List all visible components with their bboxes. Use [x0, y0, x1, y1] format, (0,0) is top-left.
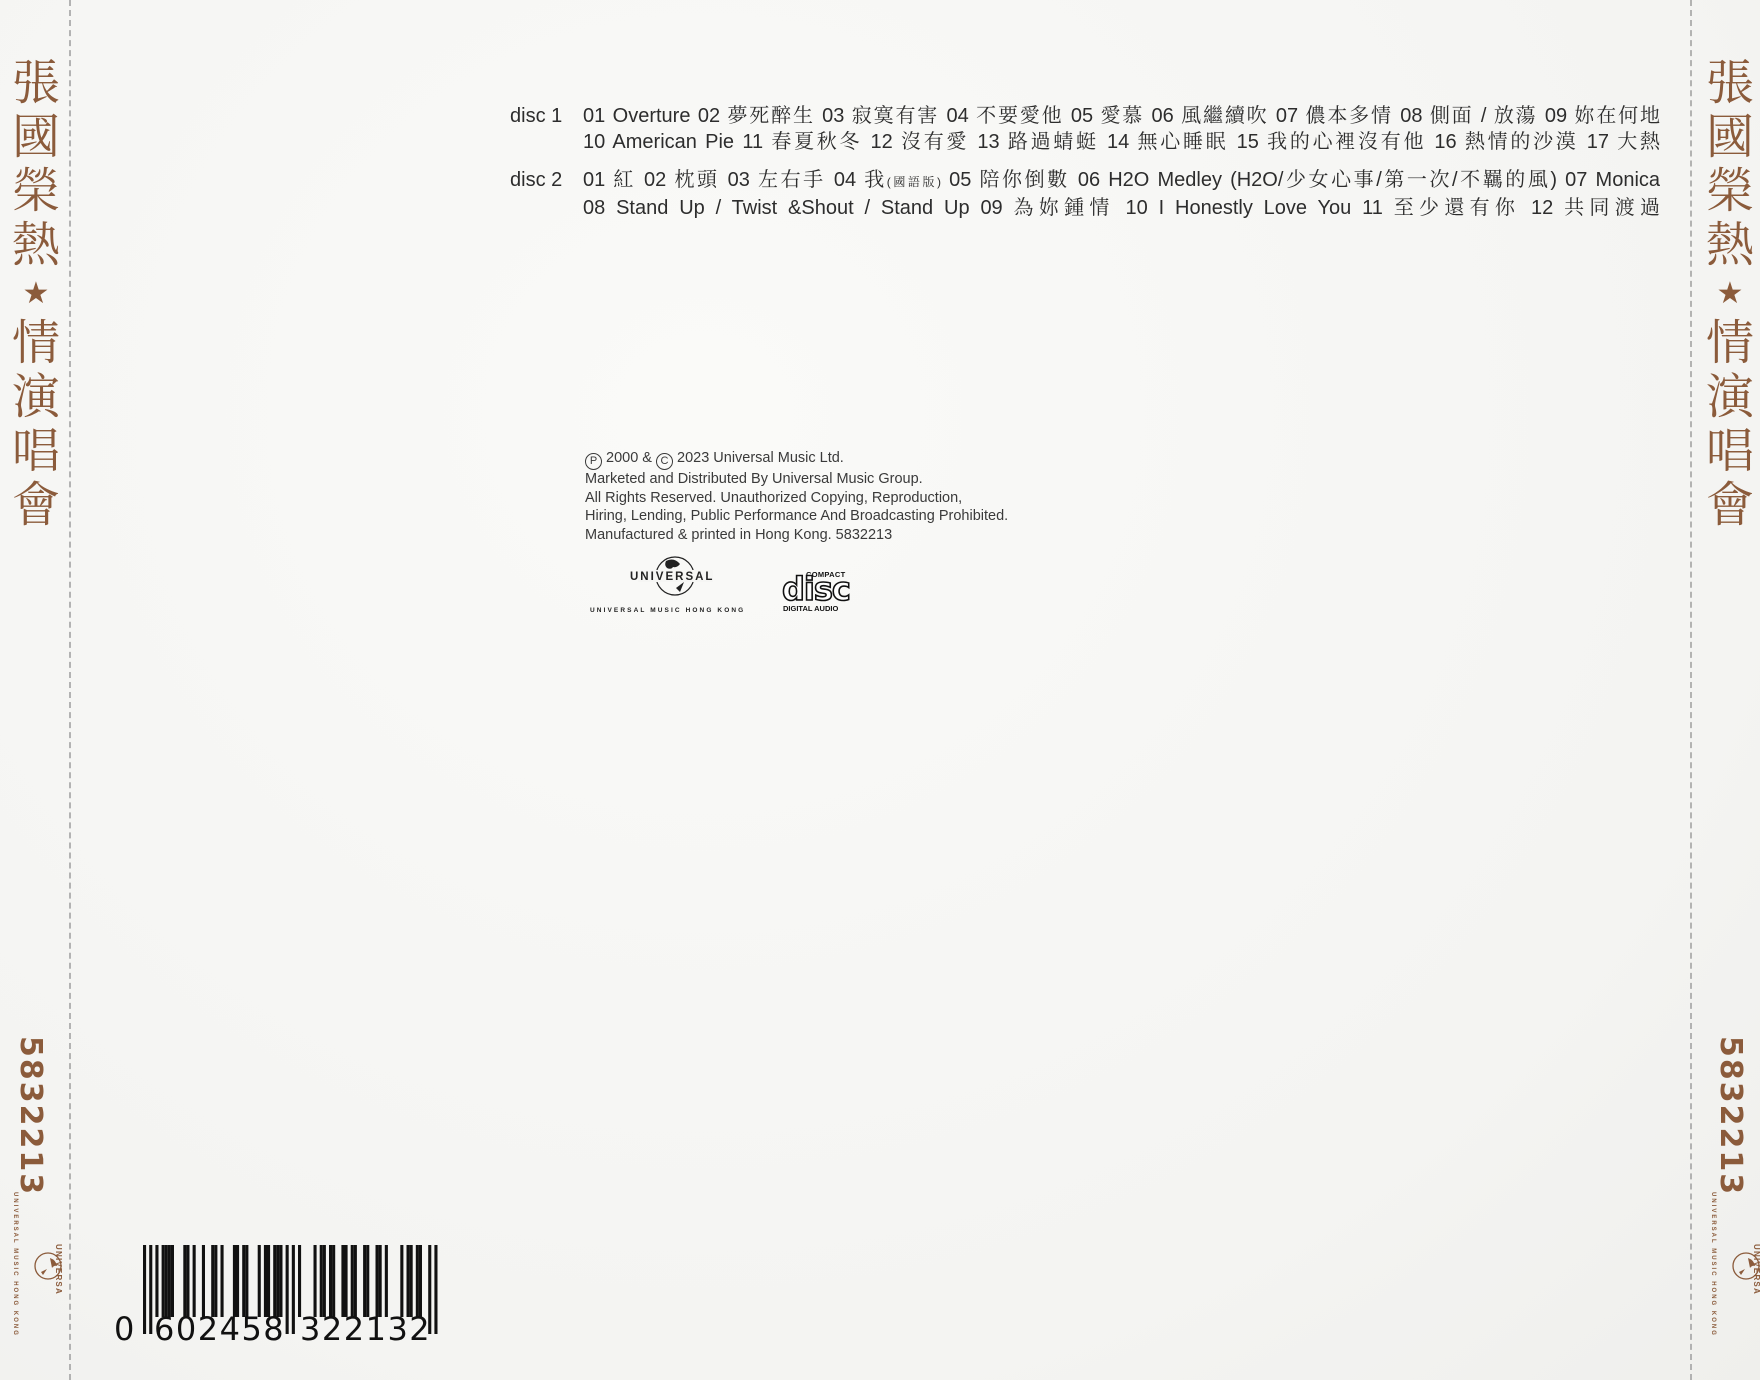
spine-title-char: 張 [12, 56, 60, 110]
disc-2-tracklist: disc 2 01 紅 02 枕頭 03 左右手 04 我(國語版) 05 陪你… [510, 168, 1660, 221]
spine-title-char: 情 [1706, 316, 1754, 370]
right-spine-fold-line [1690, 0, 1692, 1380]
disc-2-line-1: 01 紅 02 枕頭 03 左右手 04 我(國語版) 05 陪你倒數 06 H… [583, 168, 1660, 196]
left-spine-catalog-number: 5832213 [14, 1036, 48, 1166]
copyright-line-3: All Rights Reserved. Unauthorized Copyin… [585, 489, 1008, 508]
spine-title-char: 國 [1706, 110, 1754, 164]
disc-1-line-1: 01 Overture 02 夢死醉生 03 寂寞有害 04 不要愛他 05 愛… [583, 104, 1660, 130]
right-spine-universal-logo: UNIVERSAL MUSIC HONG KONG UNIVERSAL [1706, 1192, 1760, 1322]
spine-title-char: 唱 [1706, 424, 1754, 478]
disc-1-tracklist: disc 1 01 Overture 02 夢死醉生 03 寂寞有害 04 不要… [510, 104, 1660, 155]
copyright-line-1: P2000 & C2023 Universal Music Ltd. [585, 449, 1008, 470]
star-icon: ★ [1717, 272, 1744, 316]
universal-music-logo: UNIVERSAL UNIVERSAL MUSIC HONG KONG [588, 554, 758, 618]
spine-title-char: 榮 [12, 164, 60, 218]
right-spine-catalog-number: 5832213 [1714, 1036, 1748, 1166]
copyright-notice: P2000 & C2023 Universal Music Ltd. Marke… [585, 449, 1008, 544]
copyright-line-4: Hiring, Lending, Public Performance And … [585, 507, 1008, 526]
spine-title-char: 會 [12, 478, 60, 532]
spine-title-char: 唱 [12, 424, 60, 478]
right-spine-title: 張國榮熱★情演唱會 [1700, 56, 1760, 532]
disc-1-line-2: 10 American Pie 11 春夏秋冬 12 沒有愛 13 路過蜻蜓 1… [583, 130, 1660, 156]
disc-2-line-2: 08 Stand Up / Twist &Shout / Stand Up 09… [583, 196, 1660, 222]
spine-title-char: 國 [12, 110, 60, 164]
spine-title-char: 會 [1706, 478, 1754, 532]
svg-text:UNIVERSAL: UNIVERSAL [1752, 1244, 1760, 1294]
universal-music-hong-kong-text: UNIVERSAL MUSIC HONG KONG [590, 607, 745, 614]
universal-globe-icon: UNIVERSAL [26, 1236, 66, 1294]
spine-title-char: 演 [12, 370, 60, 424]
spine-title-char: 榮 [1706, 164, 1754, 218]
barcode-right-group: 322132 [300, 1310, 431, 1348]
left-spine-title: 張國榮熱★情演唱會 [6, 56, 66, 532]
left-spine-universal-logo: UNIVERSAL MUSIC HONG KONG UNIVERSAL [8, 1192, 68, 1322]
spine-title-char: 演 [1706, 370, 1754, 424]
phonogram-copyright-icon: P [585, 453, 602, 470]
star-icon: ★ [23, 272, 50, 316]
universal-globe-icon: UNIVERSAL [1724, 1236, 1760, 1294]
disc-1-label: disc 1 [510, 104, 583, 155]
disc-2-label: disc 2 [510, 168, 583, 221]
left-spine-fold-line [69, 0, 71, 1380]
spine-title-char: 熱 [12, 218, 60, 272]
mandarin-version-note: (國語版) [887, 175, 941, 189]
spine-title-char: 情 [12, 316, 60, 370]
tracklist: disc 1 01 Overture 02 夢死醉生 03 寂寞有害 04 不要… [510, 104, 1660, 234]
compact-disc-logo: COMPACT disc DIGITAL AUDIO [782, 570, 862, 614]
spine-title-char: 熱 [1706, 218, 1754, 272]
barcode-lead-digit: 0 [114, 1310, 136, 1348]
copyright-line-5: Manufactured & printed in Hong Kong. 583… [585, 526, 1008, 545]
copyright-icon: C [656, 453, 673, 470]
barcode-left-group: 602458 [154, 1310, 285, 1348]
svg-text:UNIVERSAL: UNIVERSAL [54, 1244, 63, 1294]
copyright-line-2: Marketed and Distributed By Universal Mu… [585, 470, 1008, 489]
universal-wordmark: UNIVERSAL [630, 571, 714, 583]
barcode: 0 602458 322132 [110, 1244, 450, 1354]
spine-title-char: 張 [1706, 56, 1754, 110]
